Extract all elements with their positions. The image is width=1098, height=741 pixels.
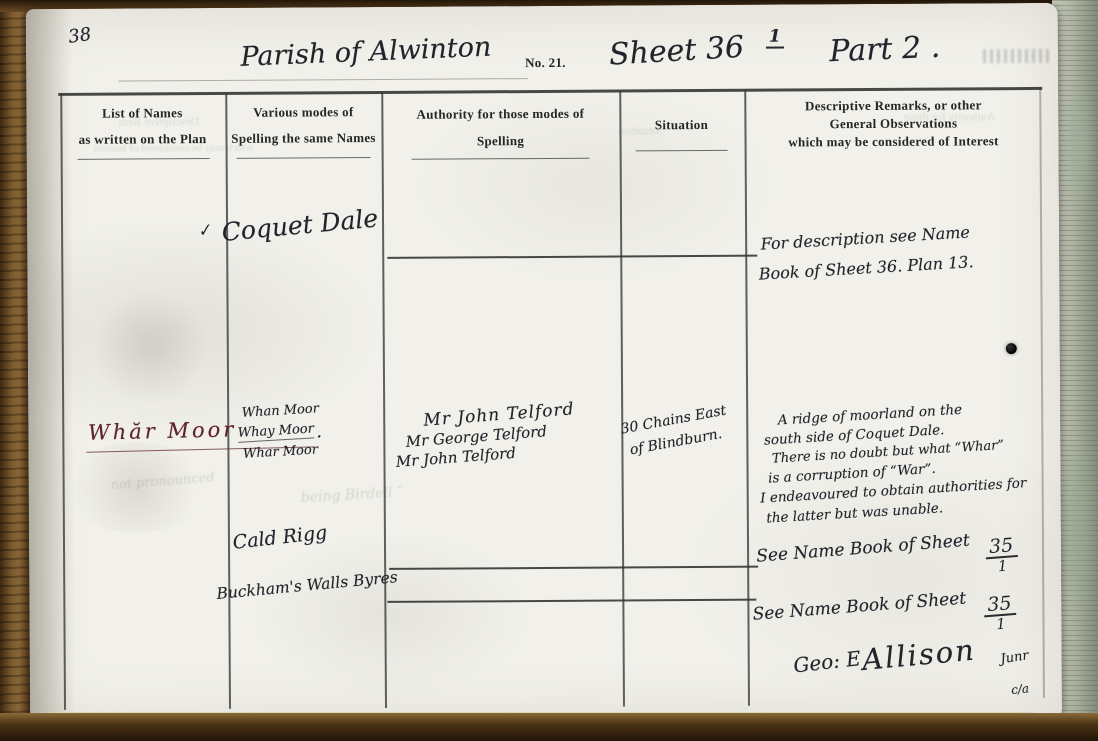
name-on-plan-whar-moor: Whăr Moor — [88, 417, 237, 444]
scanned-name-book-photo: 38 Parish of Alwinton No. 21. Sheet 36 1… — [0, 0, 1098, 741]
part-label: Part 2 . — [829, 30, 941, 70]
column-header-remarks-line3: which may be considered of Interest — [788, 133, 999, 150]
bleed-through-text: which may be considered of Interest — [94, 142, 254, 155]
page-number: 38 — [67, 24, 93, 48]
bleed-through-text: Authority for those — [903, 109, 995, 125]
sheet-fraction: 35 1 — [984, 535, 1019, 575]
book-board-bottom — [0, 713, 1098, 741]
column-header-authority-line2: Spelling — [477, 133, 524, 149]
column-header-situation: Situation — [655, 117, 708, 133]
gutter-shadow — [26, 9, 76, 725]
stain — [89, 292, 210, 403]
column-header-spelling-line1: Various modes of — [253, 104, 353, 121]
bleed-through-text: Situation — [618, 123, 661, 138]
bleed-through-text: Descriptive Rem — [118, 114, 199, 129]
sheet-superscript: 1 — [766, 27, 784, 49]
fraction-denominator: 1 — [984, 615, 1017, 633]
ink-dot: . — [316, 421, 322, 442]
fraction-numerator: 35 — [983, 593, 1017, 617]
fraction-numerator: 35 — [984, 535, 1018, 559]
page-tilt-wrapper: 38 Parish of Alwinton No. 21. Sheet 36 1… — [0, 0, 1098, 741]
column-header-authority-line1: Authority for those modes of — [416, 106, 584, 123]
punch-hole — [1006, 343, 1017, 354]
faint-ink-stamp — [983, 49, 1053, 63]
signature-initials: c/a — [1010, 681, 1029, 697]
sheet-fraction: 35 1 — [983, 593, 1018, 633]
fraction-denominator: 1 — [986, 557, 1019, 575]
book-number: No. 21. — [525, 55, 566, 71]
